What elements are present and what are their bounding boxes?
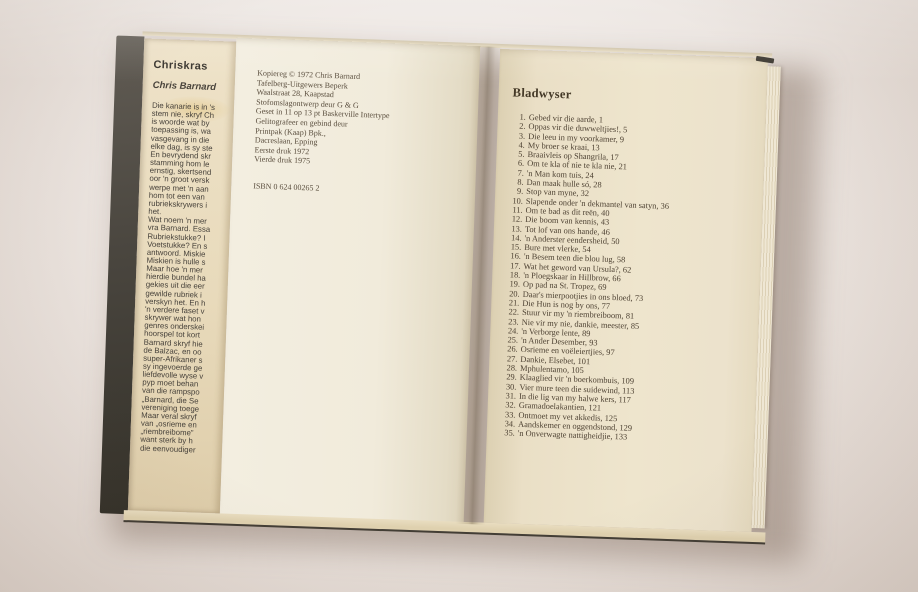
contents-entry-number: 14.: [507, 233, 521, 243]
contents-entry-number: 33.: [501, 410, 515, 420]
contents-entry-number: 21.: [505, 298, 519, 308]
contents-entry-number: 24.: [504, 326, 518, 336]
colophon-block: Kopiereg © 1972 Chris Barnard Tafelberg-…: [231, 38, 480, 198]
contents-entry-number: 25.: [504, 335, 518, 345]
contents-entry-number: 22.: [505, 307, 519, 317]
contents-entry-number: 5.: [510, 150, 524, 160]
contents-entry-number: 18.: [506, 270, 520, 280]
contents-entry-number: 15.: [507, 242, 521, 252]
flap-book-title: Chriskras: [153, 59, 233, 74]
contents-entry-number: 12.: [508, 215, 522, 225]
contents-entry-number: 26.: [504, 345, 518, 355]
contents-entry-number: 28.: [503, 363, 517, 373]
contents-entry-number: 4.: [511, 140, 525, 150]
contents-entry-number: 27.: [503, 354, 517, 364]
contents-entry-number: 31.: [502, 391, 516, 401]
contents-entry-number: 23.: [505, 317, 519, 327]
colophon-lines: Kopiereg © 1972 Chris Barnard Tafelberg-…: [254, 68, 479, 172]
open-book: Chriskras Chris Barnard Die kanarie is i…: [89, 21, 792, 545]
contents-entry-number: 11.: [508, 205, 522, 215]
flap-blurb-line: die eenvoudiger: [140, 444, 220, 455]
contents-list: 1. Gebed vir die aarde, 1 2. Oppas vir d…: [501, 112, 766, 446]
dust-jacket-flap: Chriskras Chris Barnard Die kanarie is i…: [128, 38, 236, 513]
contents-entry-number: 2.: [511, 122, 525, 132]
contents-entry-number: 7.: [510, 168, 524, 178]
contents-entry-number: 17.: [506, 261, 520, 271]
contents-entry-number: 1.: [512, 112, 526, 122]
contents-entry-number: 6.: [510, 159, 524, 169]
contents-heading: Bladwyser: [512, 85, 766, 109]
contents-entry-number: 29.: [503, 373, 517, 383]
contents-entry-number: 34.: [501, 419, 515, 429]
contents-entry-number: 30.: [502, 382, 516, 392]
isbn-line: ISBN 0 624 00265 2: [253, 181, 475, 198]
photo-background: Chriskras Chris Barnard Die kanarie is i…: [0, 0, 918, 592]
flap-blurb: Die kanarie is in 's stem nie, skryf Ch …: [140, 102, 232, 455]
flap-text-block: Chriskras Chris Barnard Die kanarie is i…: [140, 59, 234, 455]
contents-entry-number: 3.: [511, 131, 525, 141]
flap-author-name: Chris Barnard: [153, 80, 233, 94]
contents-block: Bladwyser 1. Gebed vir die aarde, 1 2. O…: [487, 49, 768, 447]
contents-entry-number: 16.: [507, 252, 521, 262]
contents-entry-number: 8.: [509, 177, 523, 187]
contents-page: Bladwyser 1. Gebed vir die aarde, 1 2. O…: [484, 49, 768, 532]
colophon-page: Kopiereg © 1972 Chris Barnard Tafelberg-…: [220, 38, 481, 524]
contents-entry-number: 9.: [509, 187, 523, 197]
contents-entry-number: 35.: [501, 428, 515, 438]
contents-entry-number: 13.: [508, 224, 522, 234]
contents-entry-number: 10.: [509, 196, 523, 206]
contents-entry-number: 32.: [502, 400, 516, 410]
contents-entry-number: 20.: [506, 289, 520, 299]
contents-entry-number: 19.: [506, 280, 520, 290]
